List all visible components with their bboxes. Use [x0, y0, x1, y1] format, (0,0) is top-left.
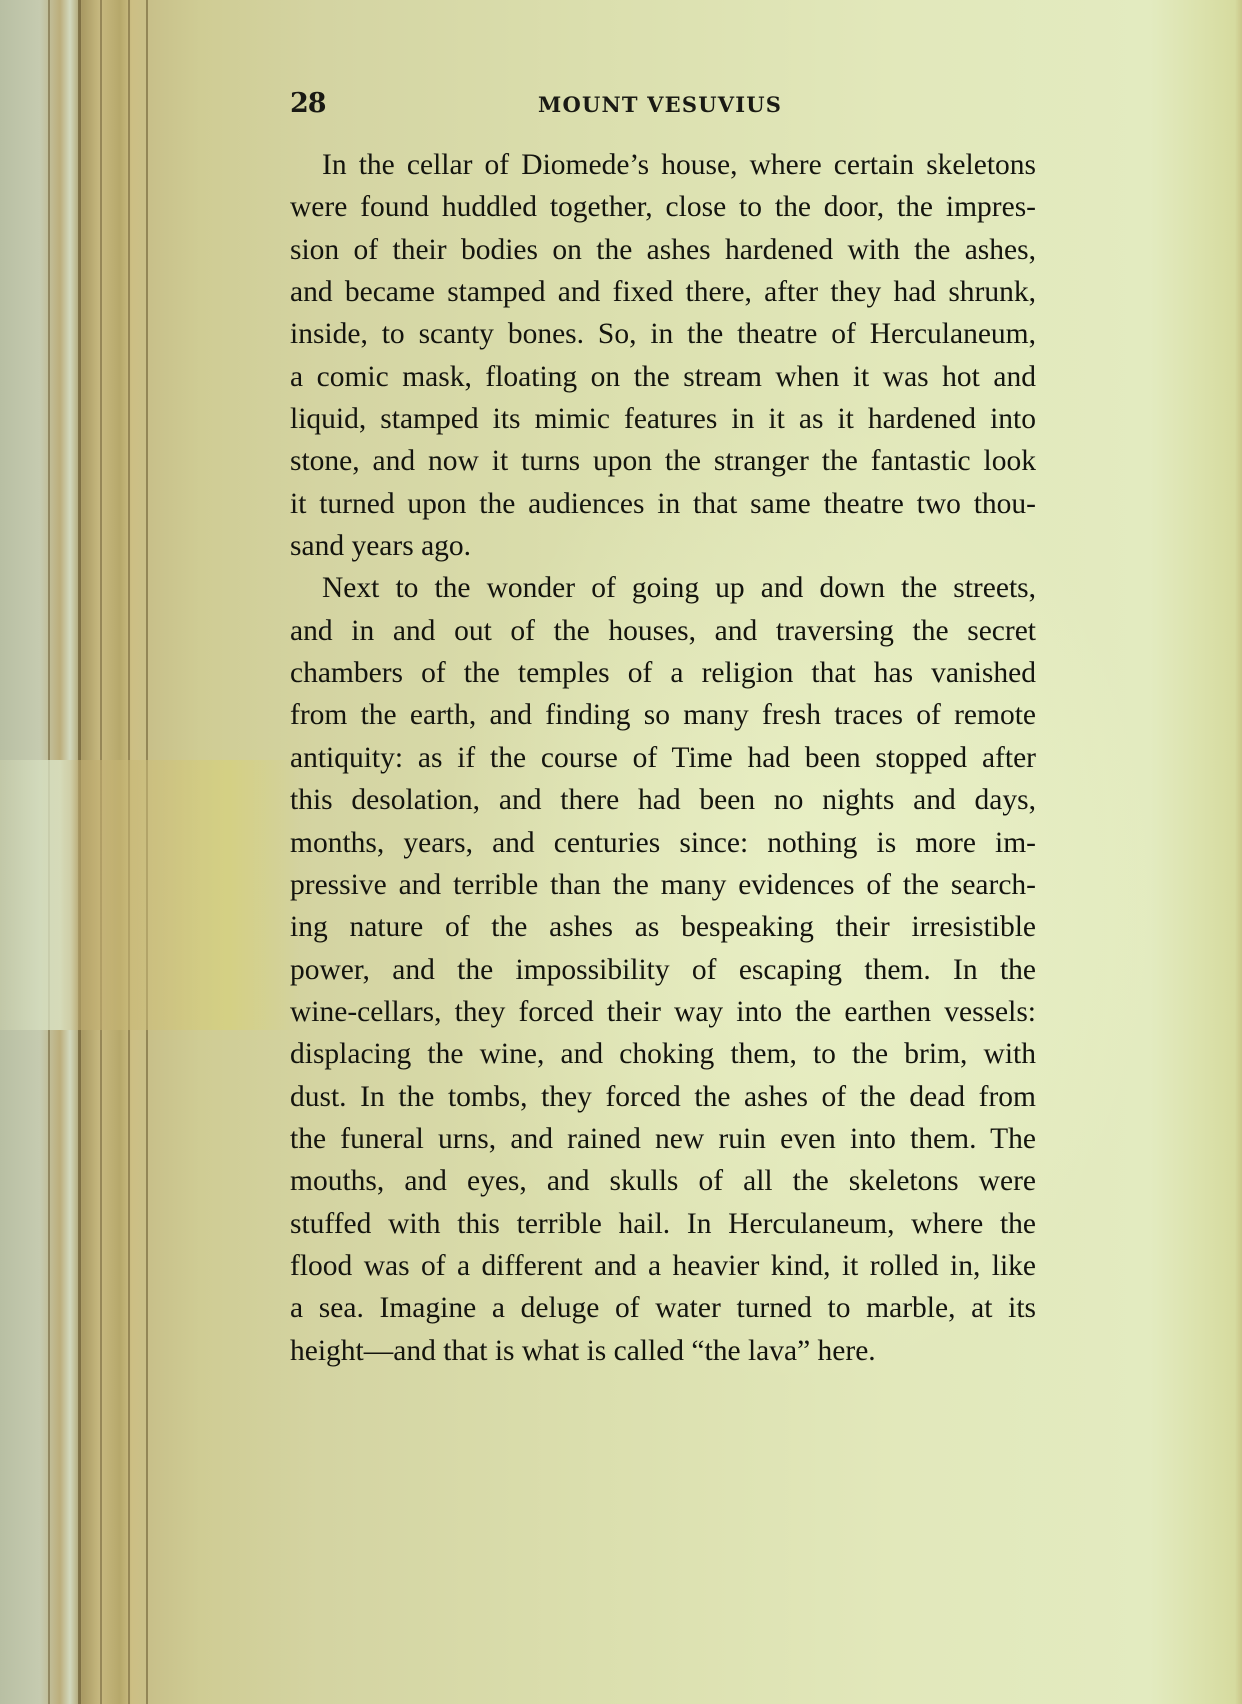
text-line: chambers of the temples of a religion th…: [290, 652, 1036, 694]
text-line: mouths, and eyes, and skulls of all the …: [290, 1160, 1036, 1202]
body-text: In the cellar of Diomede’s house, where …: [290, 144, 1036, 1372]
text-line: displacing the wine, and choking them, t…: [290, 1033, 1036, 1075]
text-line: flood was of a different and a heavier k…: [290, 1245, 1036, 1287]
text-line: from the earth, and finding so many fres…: [290, 694, 1036, 736]
text-line: this desolation, and there had been no n…: [290, 779, 1036, 821]
paragraph-1: In the cellar of Diomede’s house, where …: [290, 144, 1036, 567]
page-edge-shadow: [0, 760, 300, 1030]
text-line: stuffed with this terrible hail. In Herc…: [290, 1203, 1036, 1245]
text-line: height—and that is what is called “the l…: [290, 1330, 1036, 1372]
running-head: 28 MOUNT VESUVIUS: [290, 88, 1036, 124]
text-line: sion of their bodies on the ashes harden…: [290, 229, 1036, 271]
text-line: and in and out of the houses, and traver…: [290, 610, 1036, 652]
text-line: Next to the wonder of going up and down …: [290, 567, 1036, 609]
text-line: sand years ago.: [290, 525, 1036, 567]
text-line: liquid, stamped its mimic features in it…: [290, 398, 1036, 440]
text-line: a comic mask, floating on the stream whe…: [290, 356, 1036, 398]
text-line: a sea. Imagine a deluge of water turned …: [290, 1287, 1036, 1329]
running-title: MOUNT VESUVIUS: [538, 92, 782, 117]
text-line: it turned upon the audiences in that sam…: [290, 483, 1036, 525]
text-line: were found huddled together, close to th…: [290, 186, 1036, 228]
text-line: dust. In the tombs, they forced the ashe…: [290, 1076, 1036, 1118]
text-line: antiquity: as if the course of Time had …: [290, 737, 1036, 779]
page-number: 28: [290, 88, 326, 119]
text-line: inside, to scanty bones. So, in the thea…: [290, 313, 1036, 355]
text-line: power, and the impossibility of escaping…: [290, 949, 1036, 991]
book-page: 28 MOUNT VESUVIUS In the cellar of Diome…: [0, 0, 1242, 1704]
text-line: wine-cellars, they forced their way into…: [290, 991, 1036, 1033]
text-line: ing nature of the ashes as bespeaking th…: [290, 906, 1036, 948]
text-line: stone, and now it turns upon the strange…: [290, 440, 1036, 482]
paragraph-2: Next to the wonder of going up and down …: [290, 567, 1036, 1372]
text-line: In the cellar of Diomede’s house, where …: [290, 144, 1036, 186]
text-line: and became stamped and fixed there, afte…: [290, 271, 1036, 313]
text-line: pressive and terrible than the many evid…: [290, 864, 1036, 906]
text-line: months, years, and centuries since: noth…: [290, 822, 1036, 864]
text-line: the funeral urns, and rained new ruin ev…: [290, 1118, 1036, 1160]
